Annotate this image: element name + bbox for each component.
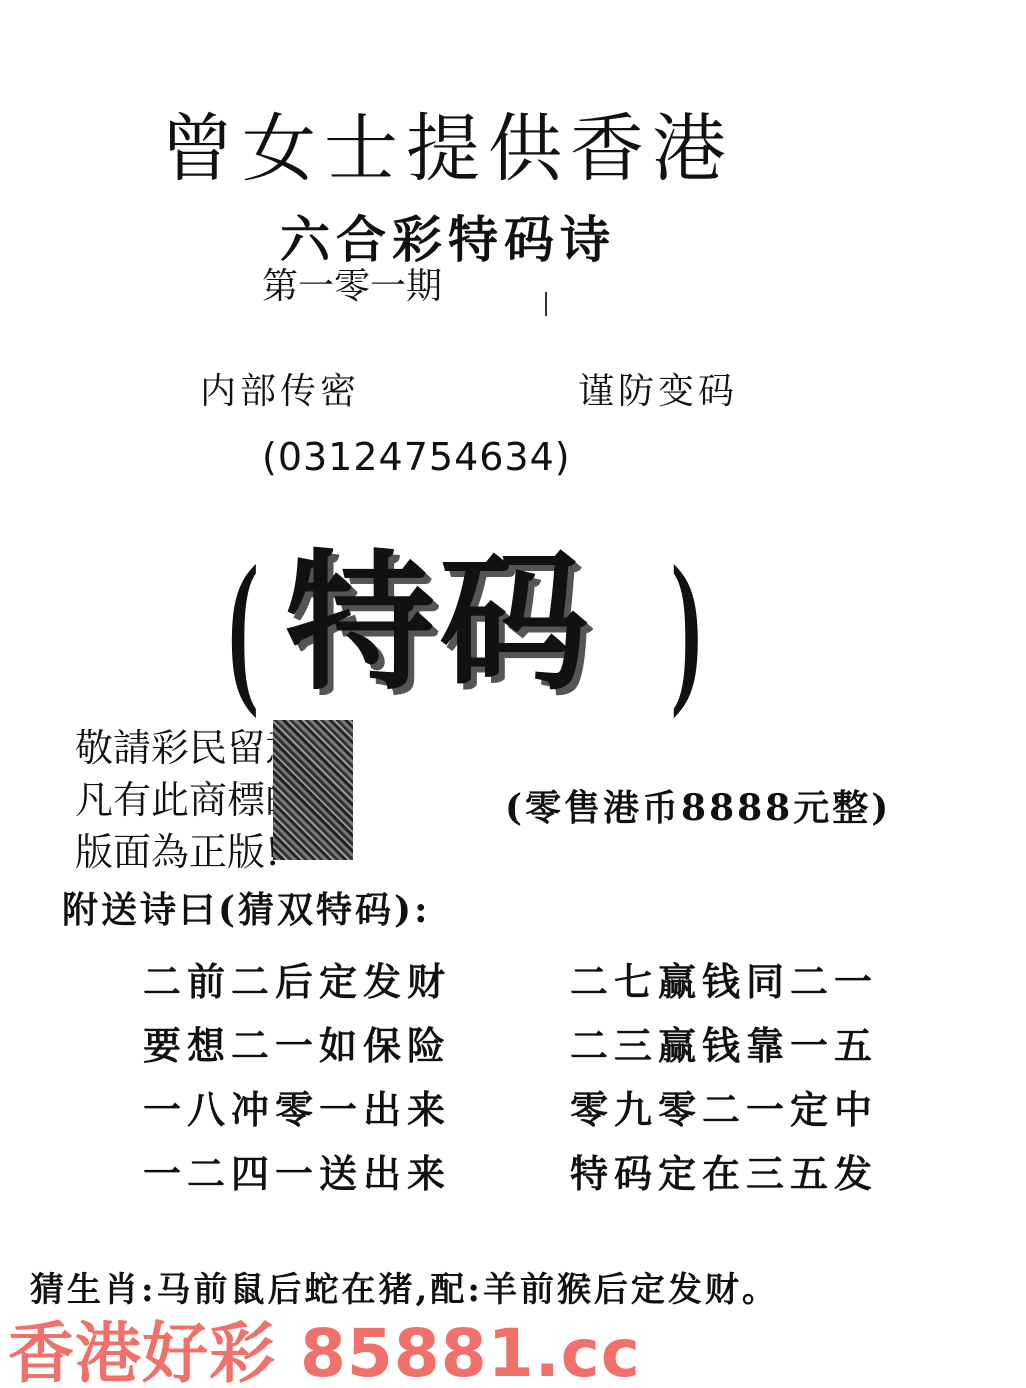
dragon-trademark-icon (273, 720, 353, 860)
notice-line: 敬請彩民留意 (75, 722, 303, 774)
watermark: 香港好彩 85881.cc (8, 1300, 641, 1388)
special-code-banner: ( 特码 ) (225, 540, 705, 720)
poem-line: 一二四一送出来 (143, 1142, 451, 1206)
authenticity-notice: 敬請彩民留意 凡有此商標的 版面為正版! (75, 722, 303, 878)
warning-note: 谨防变码 (578, 363, 738, 414)
poem-left-column: 二前二后定发财 要想二一如保险 一八冲零一出来 一二四一送出来 (143, 950, 451, 1206)
poem-heading: 附送诗曰(猜双特码): (62, 882, 430, 933)
poem-line: 一八冲零一出来 (143, 1078, 451, 1142)
poem-line: 零九零二一定中 (570, 1078, 878, 1142)
open-paren: ( (228, 540, 259, 710)
poem-line: 特码定在三五发 (570, 1142, 878, 1206)
retail-price: (零售港币8888元整) (505, 780, 891, 831)
poem-line: 二七赢钱同二一 (570, 950, 878, 1014)
poem-line: 要想二一如保险 (143, 1014, 451, 1078)
notice-line: 凡有此商標的 (75, 774, 303, 826)
scan-mark (545, 292, 547, 316)
banner-text: 特码 (285, 548, 593, 698)
close-paren: ) (671, 540, 702, 710)
issue-number: 第一零一期 (262, 258, 442, 309)
document-title: 曾女士提供香港 (160, 90, 734, 196)
poem-right-column: 二七赢钱同二一 二三赢钱靠一五 零九零二一定中 特码定在三五发 (570, 950, 878, 1206)
internal-note: 内部传密 (200, 363, 360, 414)
poem-line: 二三赢钱靠一五 (570, 1014, 878, 1078)
poem-line: 二前二后定发财 (143, 950, 451, 1014)
notice-line: 版面為正版! (75, 826, 303, 878)
phone-number: (03124754634) (262, 435, 571, 479)
